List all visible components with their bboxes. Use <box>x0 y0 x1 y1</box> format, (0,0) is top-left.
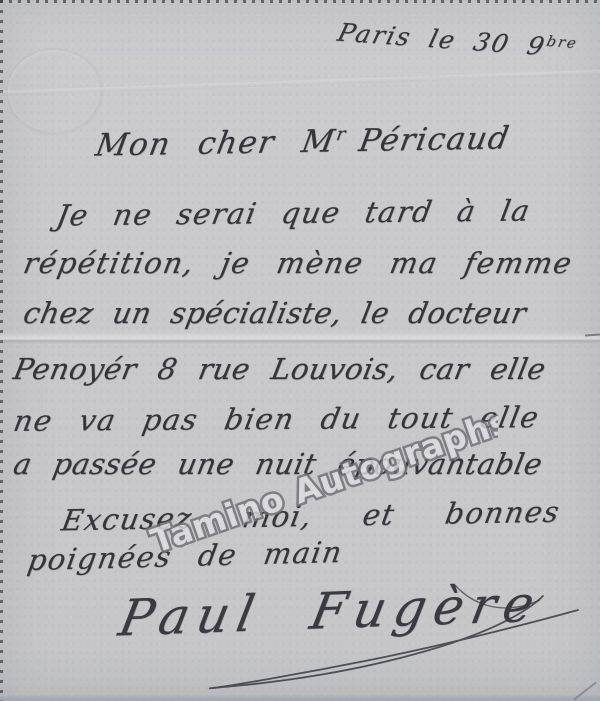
perforated-edge-top <box>0 0 600 3</box>
body-line-4: Penoyér 8 rue Louvois, car elle <box>11 352 549 386</box>
fold-crease <box>0 332 600 344</box>
letter-page: Paris le 30 9bre Mon cher MrPéricaud Je … <box>0 0 600 701</box>
body-line-3: chez un spécialiste, le docteur <box>21 296 530 330</box>
watermark-text: Tamino Autographs <box>146 415 498 561</box>
perforated-edge-left <box>0 0 3 701</box>
recipient-name: Péricaud <box>356 120 513 159</box>
salutation: Mon cher MrPéricaud <box>93 120 513 163</box>
salutation-superscript: r <box>335 124 349 145</box>
body-line-1: Je ne serai que tard à la <box>54 193 534 232</box>
watermark: Tamino Autographs <box>128 415 498 600</box>
salutation-prefix: Mon cher M <box>93 123 339 163</box>
date-line: Paris le 30 9bre <box>335 18 580 63</box>
date-text: Paris le 30 9 <box>335 18 549 61</box>
scan-edge-bottom <box>0 694 600 701</box>
date-superscript: bre <box>545 34 580 52</box>
body-line-2: répétition, je mène ma femme <box>21 246 576 280</box>
